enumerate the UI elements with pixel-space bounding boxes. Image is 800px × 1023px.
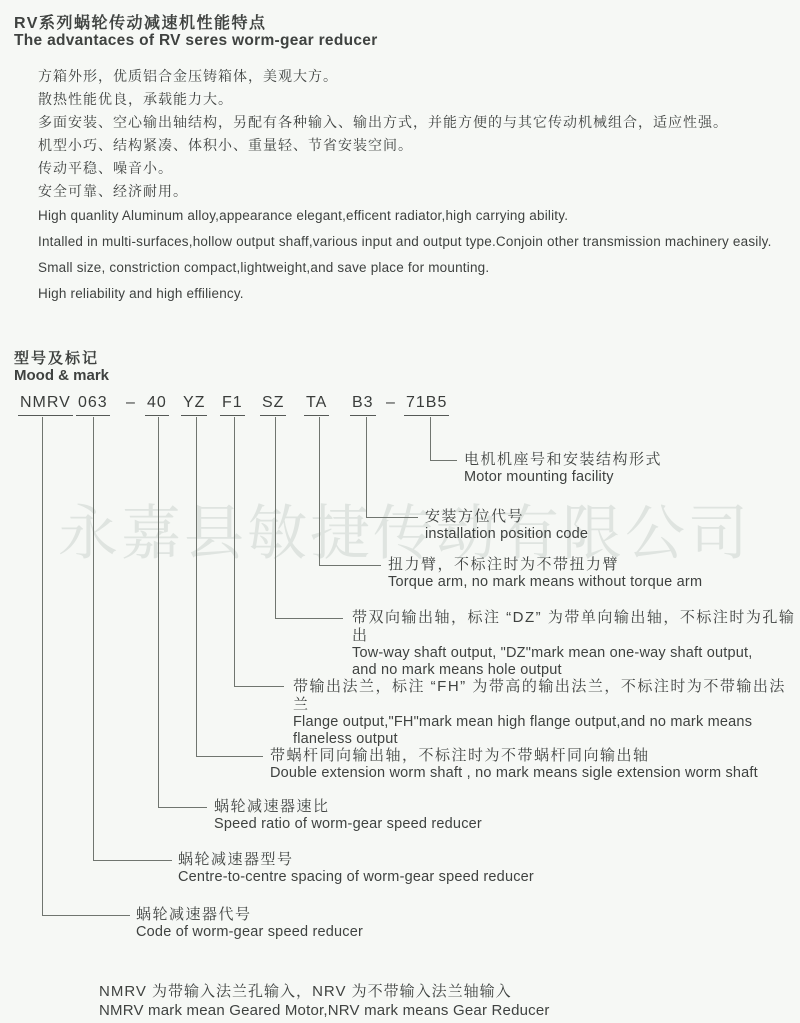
annotation-nmrv: 蜗轮减速器代号 Code of worm-gear speed reducer	[136, 906, 363, 941]
feature-zh-5: 传动平稳、噪音小。	[38, 158, 173, 178]
annotation-sz-en: Tow-way shaft output, "DZ"mark mean one-…	[352, 645, 800, 678]
feature-en-1: High quanlity Aluminum alloy,appearance …	[38, 208, 568, 223]
model-segment-sz: SZ	[260, 394, 286, 416]
feature-zh-4: 机型小巧、结构紧凑、体积小、重量轻、节省安装空间。	[38, 135, 413, 155]
feature-zh-3: 多面安装、空心输出轴结构，另配有各种输入、输出方式，并能方便的与其它传动机械组合…	[38, 112, 728, 132]
footnote-en: NMRV mark mean Geared Motor,NRV mark mea…	[99, 1002, 550, 1019]
annotation-b3-en: installation position code	[425, 526, 588, 543]
annotation-nmrv-en: Code of worm-gear speed reducer	[136, 924, 363, 941]
model-segment-71b5: 71B5	[404, 394, 449, 416]
model-segment-nmrv: NMRV	[18, 394, 73, 416]
annotation-f1-zh: 带输出法兰，标注 “FH” 为带高的输出法兰，不标注时为不带输出法兰	[293, 678, 800, 714]
annotation-sz-zh: 带双向输出轴，标注 “DZ” 为带单向输出轴，不标注时为孔输出	[352, 609, 800, 645]
model-segment-dash2: –	[386, 394, 396, 412]
annotation-71b5: 电机机座号和安装结构形式 Motor mounting facility	[464, 451, 662, 486]
annotation-yz: 带蜗杆同向输出轴，不标注时为不带蜗杆同向输出轴 Double extension…	[270, 747, 758, 782]
annotation-063-zh: 蜗轮减速器型号	[178, 851, 534, 869]
feature-zh-2: 散热性能优良，承载能力大。	[38, 89, 233, 109]
page-title-en: The advantaces of RV seres worm-gear red…	[14, 32, 378, 50]
annotation-40-zh: 蜗轮减速器速比	[214, 798, 482, 816]
model-segment-f1: F1	[220, 394, 245, 416]
annotation-71b5-en: Motor mounting facility	[464, 469, 662, 486]
model-segment-063: 063	[76, 394, 110, 416]
annotation-yz-en: Double extension worm shaft , no mark me…	[270, 765, 758, 782]
annotation-71b5-zh: 电机机座号和安装结构形式	[464, 451, 662, 469]
feature-en-3: Small size, constriction compact,lightwe…	[38, 260, 489, 275]
model-segment-40: 40	[145, 394, 169, 416]
annotation-063: 蜗轮减速器型号 Centre-to-centre spacing of worm…	[178, 851, 534, 886]
annotation-ta-en: Torque arm, no mark means without torque…	[388, 574, 702, 591]
section-heading-en: Mood & mark	[14, 367, 109, 384]
annotation-40: 蜗轮减速器速比 Speed ratio of worm-gear speed r…	[214, 798, 482, 833]
annotation-sz: 带双向输出轴，标注 “DZ” 为带单向输出轴，不标注时为孔输出 Tow-way …	[352, 609, 800, 678]
model-segment-yz: YZ	[181, 394, 207, 416]
catalog-page: 永嘉县敏捷传动有限公司 RV系列蜗轮传动减速机性能特点 The advantac…	[0, 0, 800, 1023]
connector-b3	[366, 417, 418, 518]
annotation-nmrv-zh: 蜗轮减速器代号	[136, 906, 363, 924]
feature-en-2: Intalled in multi-surfaces,hollow output…	[38, 234, 772, 249]
annotation-ta-zh: 扭力臂，不标注时为不带扭力臂	[388, 556, 702, 574]
annotation-f1: 带输出法兰，标注 “FH” 为带高的输出法兰，不标注时为不带输出法兰 Flang…	[293, 678, 800, 747]
section-heading-zh: 型号及标记	[14, 347, 99, 368]
feature-zh-1: 方箱外形，优质铝合金压铸箱体，美观大方。	[38, 66, 338, 86]
model-segment-ta: TA	[304, 394, 329, 416]
model-segment-dash1: –	[126, 394, 136, 412]
annotation-f1-en: Flange output,"FH"mark mean high flange …	[293, 714, 800, 747]
model-segment-b3: B3	[350, 394, 376, 416]
annotation-ta: 扭力臂，不标注时为不带扭力臂 Torque arm, no mark means…	[388, 556, 702, 591]
annotation-b3-zh: 安装方位代号	[425, 508, 588, 526]
annotation-40-en: Speed ratio of worm-gear speed reducer	[214, 816, 482, 833]
annotation-yz-zh: 带蜗杆同向输出轴，不标注时为不带蜗杆同向输出轴	[270, 747, 758, 765]
annotation-b3: 安装方位代号 installation position code	[425, 508, 588, 543]
page-title-zh: RV系列蜗轮传动减速机性能特点	[14, 10, 266, 33]
connector-71b5	[430, 417, 457, 461]
annotation-063-en: Centre-to-centre spacing of worm-gear sp…	[178, 869, 534, 886]
footnote-zh: NMRV 为带输入法兰孔输入，NRV 为不带输入法兰轴输入	[99, 980, 512, 1001]
feature-en-4: High reliability and high effiliency.	[38, 286, 244, 301]
feature-zh-6: 安全可靠、经济耐用。	[38, 181, 188, 201]
